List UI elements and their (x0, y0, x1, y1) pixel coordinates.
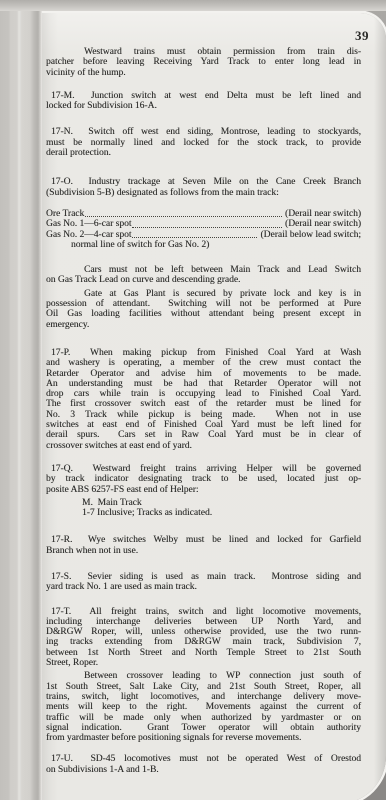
top-edge-shadow (0, 0, 386, 11)
page-number: 39 (355, 28, 369, 44)
text-line: 17-Q. Westward freight trains arriving H… (46, 464, 361, 474)
text-line: on Gas Track Lead on curve and descendin… (46, 275, 361, 285)
text-line: 17-U. SD-45 locomotives must not be oper… (46, 754, 361, 764)
text-line: 17-N. Switch off west end siding, Montro… (46, 127, 361, 137)
text-line: The first crossover switch east of the r… (46, 399, 361, 409)
text-line: derail spurs. Cars set in Raw Coal Yard … (46, 430, 361, 440)
text-line: Gate at Gas Plant is secured by private … (46, 289, 361, 299)
text-line: Between crossover leading to WP connecti… (46, 671, 361, 681)
text-line: signal indication. Grant Tower operator … (46, 723, 361, 733)
text-line: Oil Gas loading facilities without atten… (46, 309, 361, 319)
paragraph: 17-S. Sevier siding is used as main trac… (46, 572, 361, 593)
text-line: Westward trains must obtain permission f… (46, 47, 361, 57)
text-line: possession of attendant. Switching will … (46, 299, 361, 309)
text-line: must be normally lined and locked for th… (46, 138, 361, 148)
leader-value: (Derail near switch) (285, 219, 361, 229)
text-line: drop cars while train is occupying lead … (46, 389, 361, 399)
text-line: locked for Subdivision 16-A. (46, 101, 361, 111)
paragraph: 17-Q. Westward freight trains arriving H… (46, 464, 361, 495)
paragraph: Cars must not be left between Main Track… (46, 265, 361, 286)
text-line: 17-T. All freight trains, switch and lig… (46, 607, 361, 617)
text-line: An understanding must be had that Retard… (46, 379, 361, 389)
paragraph: 17-P. When making pickup from Finished C… (46, 348, 361, 451)
leader-value: (Derail below lead switch; (260, 230, 361, 240)
text-line: patcher before leaving Receiving Yard Tr… (46, 57, 361, 67)
paragraph: Gate at Gas Plant is secured by private … (46, 289, 361, 330)
text-line: posite ABS 6257-FS east end of Helper: (46, 485, 361, 495)
text-line: ments will keep to the right. Movements … (46, 702, 361, 712)
text-line: switches at east end of Finished Coal Ya… (46, 420, 361, 430)
text-line: 17-M. Junction switch at west end Delta … (46, 91, 361, 101)
leader-label: Gas No. 1—6-car spot (46, 219, 131, 229)
leader-item: Gas No. 2—4-car spot(Derail below lead s… (46, 230, 361, 240)
text-line: 17-R. Wye switches Welby must be lined a… (46, 535, 361, 545)
text-line: Branch when not in use. (46, 546, 361, 556)
text-line: vicinity of the hump. (46, 68, 361, 78)
text-line: derail protection. (46, 148, 361, 158)
text-column: Westward trains must obtain permission f… (46, 47, 361, 775)
text-line: including interchange deliveries between… (46, 617, 361, 627)
leader-item: Ore Track(Derail near switch) (46, 209, 361, 219)
track-designation-list: Ore Track(Derail near switch)Gas No. 1—6… (46, 209, 361, 250)
text-line: by track indicator designating track to … (46, 474, 361, 484)
text-line: crossover switches at east end of yard. (46, 441, 361, 451)
paragraph: 17-U. SD-45 locomotives must not be oper… (46, 754, 361, 775)
leader-item: Gas No. 1—6-car spot(Derail near switch) (46, 219, 361, 229)
text-line: trains, switch, light locomotives, and i… (46, 692, 361, 702)
leader-value: (Derail near switch) (285, 209, 361, 219)
text-line: Cars must not be left between Main Track… (46, 265, 361, 275)
text-line: Retarder Operator and advise him of move… (46, 369, 361, 379)
text-line: and washery is operating, a member of th… (46, 358, 361, 368)
sublist-line: M. Main Track (46, 498, 361, 508)
leader-tail-line: normal line of switch for Gas No. 2) (46, 240, 361, 250)
text-line: D&RGW Roper, will, unless otherwise prov… (46, 627, 361, 637)
text-line: 1st South Street, Salt Lake City, and 21… (46, 682, 361, 692)
dot-leader (85, 215, 282, 217)
text-line: Street, Roper. (46, 658, 361, 668)
text-line: between 1st North Street and North Templ… (46, 648, 361, 658)
text-line: 17-P. When making pickup from Finished C… (46, 348, 361, 358)
text-line: on Subdivisions 1-A and 1-B. (46, 765, 361, 775)
dot-leader (132, 236, 257, 238)
paragraph: 17-T. All freight trains, switch and lig… (46, 607, 361, 669)
paragraph: 17-R. Wye switches Welby must be lined a… (46, 535, 361, 556)
leader-label: Ore Track (46, 209, 84, 219)
text-line: (Subdivision 5-B) designated as follows … (46, 188, 361, 198)
leader-label: Gas No. 2—4-car spot (46, 230, 131, 240)
paragraph: 17-N. Switch off west end siding, Montro… (46, 127, 361, 158)
text-line: emergency. (46, 320, 361, 330)
paragraph: 17-M. Junction switch at west end Delta … (46, 91, 361, 112)
text-line: yard track No. 1 are used as main track. (46, 582, 361, 592)
text-line: No. 3 Track while pickup is being made. … (46, 410, 361, 420)
sublist-line: 1-7 Inclusive; Tracks as indicated. (46, 508, 361, 518)
paragraph: Between crossover leading to WP connecti… (46, 671, 361, 743)
track-indicator-list: M. Main Track1-7 Inclusive; Tracks as in… (46, 498, 361, 519)
text-line: from yardmaster before positioning signa… (46, 733, 361, 743)
text-line: traffic will be made only when authorize… (46, 713, 361, 723)
text-line: 17-O. Industry trackage at Seven Mile on… (46, 177, 361, 187)
dot-leader (132, 226, 282, 228)
paragraph: Westward trains must obtain permission f… (46, 47, 361, 78)
book-binding-edge (0, 0, 42, 800)
paragraph: 17-O. Industry trackage at Seven Mile on… (46, 177, 361, 198)
text-line: 17-S. Sevier siding is used as main trac… (46, 572, 361, 582)
text-line: ing tracks extending from D&RGW main tra… (46, 637, 361, 647)
scanned-page: 39 Westward trains must obtain permissio… (0, 0, 386, 800)
